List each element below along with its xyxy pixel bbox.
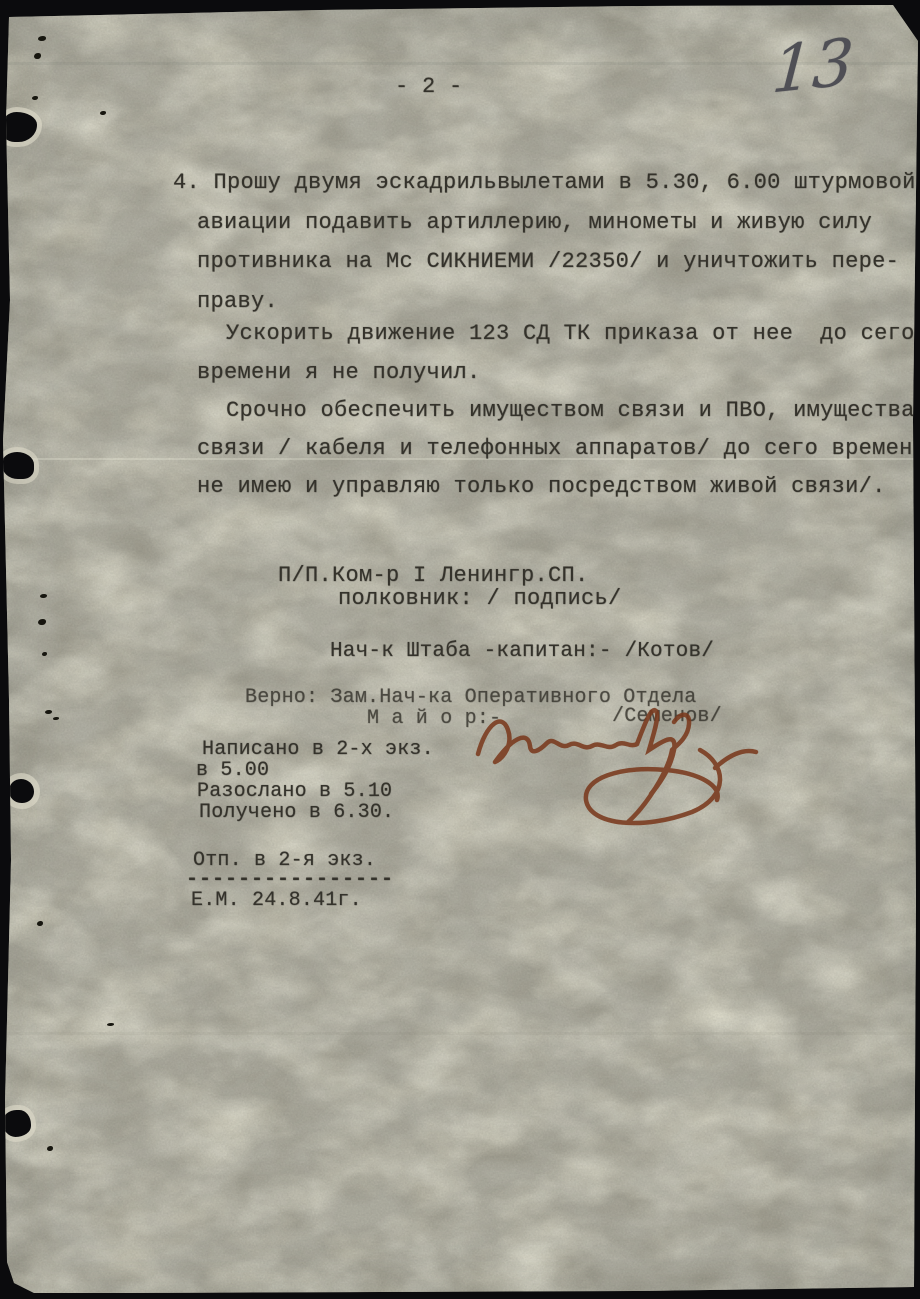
typed-line: противника на Мс СИКНИЕМИ /22350/ и унич… xyxy=(197,249,899,274)
paper-sheet: - 2 - 13 4. Прошу двумя эскадрильвылетам… xyxy=(0,0,920,1299)
paper-speck xyxy=(100,111,106,115)
typed-line: Ускорить движение 123 СД ТК приказа от н… xyxy=(226,321,915,346)
paper-hole xyxy=(3,1110,31,1137)
paper-hole xyxy=(1,112,37,142)
paper-speck xyxy=(38,619,46,625)
handwritten-page-number: 13 xyxy=(770,25,856,108)
paper-speck xyxy=(37,921,43,926)
paper-speck xyxy=(40,594,47,598)
typed-line: времени я не получил. xyxy=(197,360,481,385)
paper-hole xyxy=(9,779,34,803)
sent-line: Разослано в 5.10 xyxy=(197,780,392,803)
typed-line: связи / кабеля и телефонных аппаратов/ д… xyxy=(197,436,920,461)
chief-of-staff-line: Нач-к Штаба -капитан:- /Котов/ xyxy=(330,640,714,663)
paper-crease xyxy=(0,1032,920,1035)
received-line: Получено в 6.30. xyxy=(199,801,394,824)
typed-line: Срочно обеспечить имуществом связи и ПВО… xyxy=(226,398,915,423)
written-time-line: в 5.00 xyxy=(196,759,269,782)
paper-speck xyxy=(47,1146,53,1151)
paper-speck xyxy=(32,96,38,100)
paper-speck xyxy=(45,710,52,714)
paper-hole xyxy=(2,452,34,479)
typed-divider: ---------------- xyxy=(186,868,394,891)
paper-speck xyxy=(38,36,46,41)
commander-line: П/П.Ком-р I Ленингр.СП. xyxy=(278,563,589,588)
written-line: Написано в 2-х экз. xyxy=(202,738,434,761)
paper-speck xyxy=(42,652,47,656)
typed-line: авиации подавить артиллерию, минометы и … xyxy=(197,210,872,235)
handwritten-signature-icon xyxy=(468,688,768,838)
paper-speck xyxy=(53,717,59,720)
document-scan: - 2 - 13 4. Прошу двумя эскадрильвылетам… xyxy=(0,0,920,1299)
typed-line: праву. xyxy=(197,289,278,314)
page-number-typed: - 2 - xyxy=(395,74,463,99)
typed-line: не имею и управляю только посредством жи… xyxy=(197,474,886,499)
paper-speck xyxy=(34,53,41,59)
paper-speck xyxy=(107,1023,114,1026)
commander-rank-line: полковник: / подпись/ xyxy=(338,586,622,611)
typed-line: 4. Прошу двумя эскадрильвылетами в 5.30,… xyxy=(173,170,916,195)
date-line: Е.М. 24.8.41г. xyxy=(191,889,362,912)
